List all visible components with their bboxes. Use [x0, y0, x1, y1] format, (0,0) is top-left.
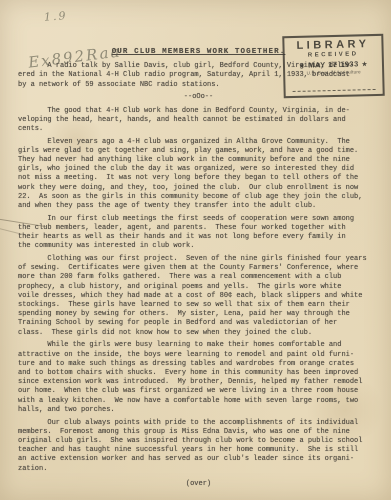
paragraph-accomplishments: Our club always points with pride to the… [18, 419, 379, 474]
paragraph-clothing-project: Clothing was our first project. Seven of… [18, 255, 379, 338]
star-icon: ★ [361, 61, 368, 68]
stamp-library-label: LIBRARY [284, 38, 381, 52]
typed-document-body: OUR CLUB MEMBERS WORK TOGETHER. A radio … [18, 48, 379, 489]
paragraph-cooperation: In our first club meetings the first see… [18, 215, 379, 252]
stamp-date: MAY 17 1933 [308, 59, 359, 69]
page-footer-over: (over) [18, 480, 379, 489]
stamp-signature-line [293, 89, 376, 92]
pencil-annotation-number: 1.9 [44, 9, 68, 24]
paragraph-good-of-club-work: The good that 4-H Club work has done in … [18, 107, 379, 135]
star-icon: ★ [299, 62, 306, 69]
scanned-document-page: 1.9 Ex892Raa OUR CLUB MEMBERS WORK TOGET… [0, 0, 391, 500]
library-received-stamp: LIBRARY RECEIVED ★ MAY 17 1933 ★ U.S. De… [282, 34, 384, 98]
stamp-agency-line: U.S. Dept. of Agriculture [285, 68, 382, 75]
paragraph-home-improvement: While the girls were busy learning to ma… [18, 341, 379, 415]
paragraph-club-history: Eleven years ago a 4-H club was organize… [18, 138, 379, 212]
